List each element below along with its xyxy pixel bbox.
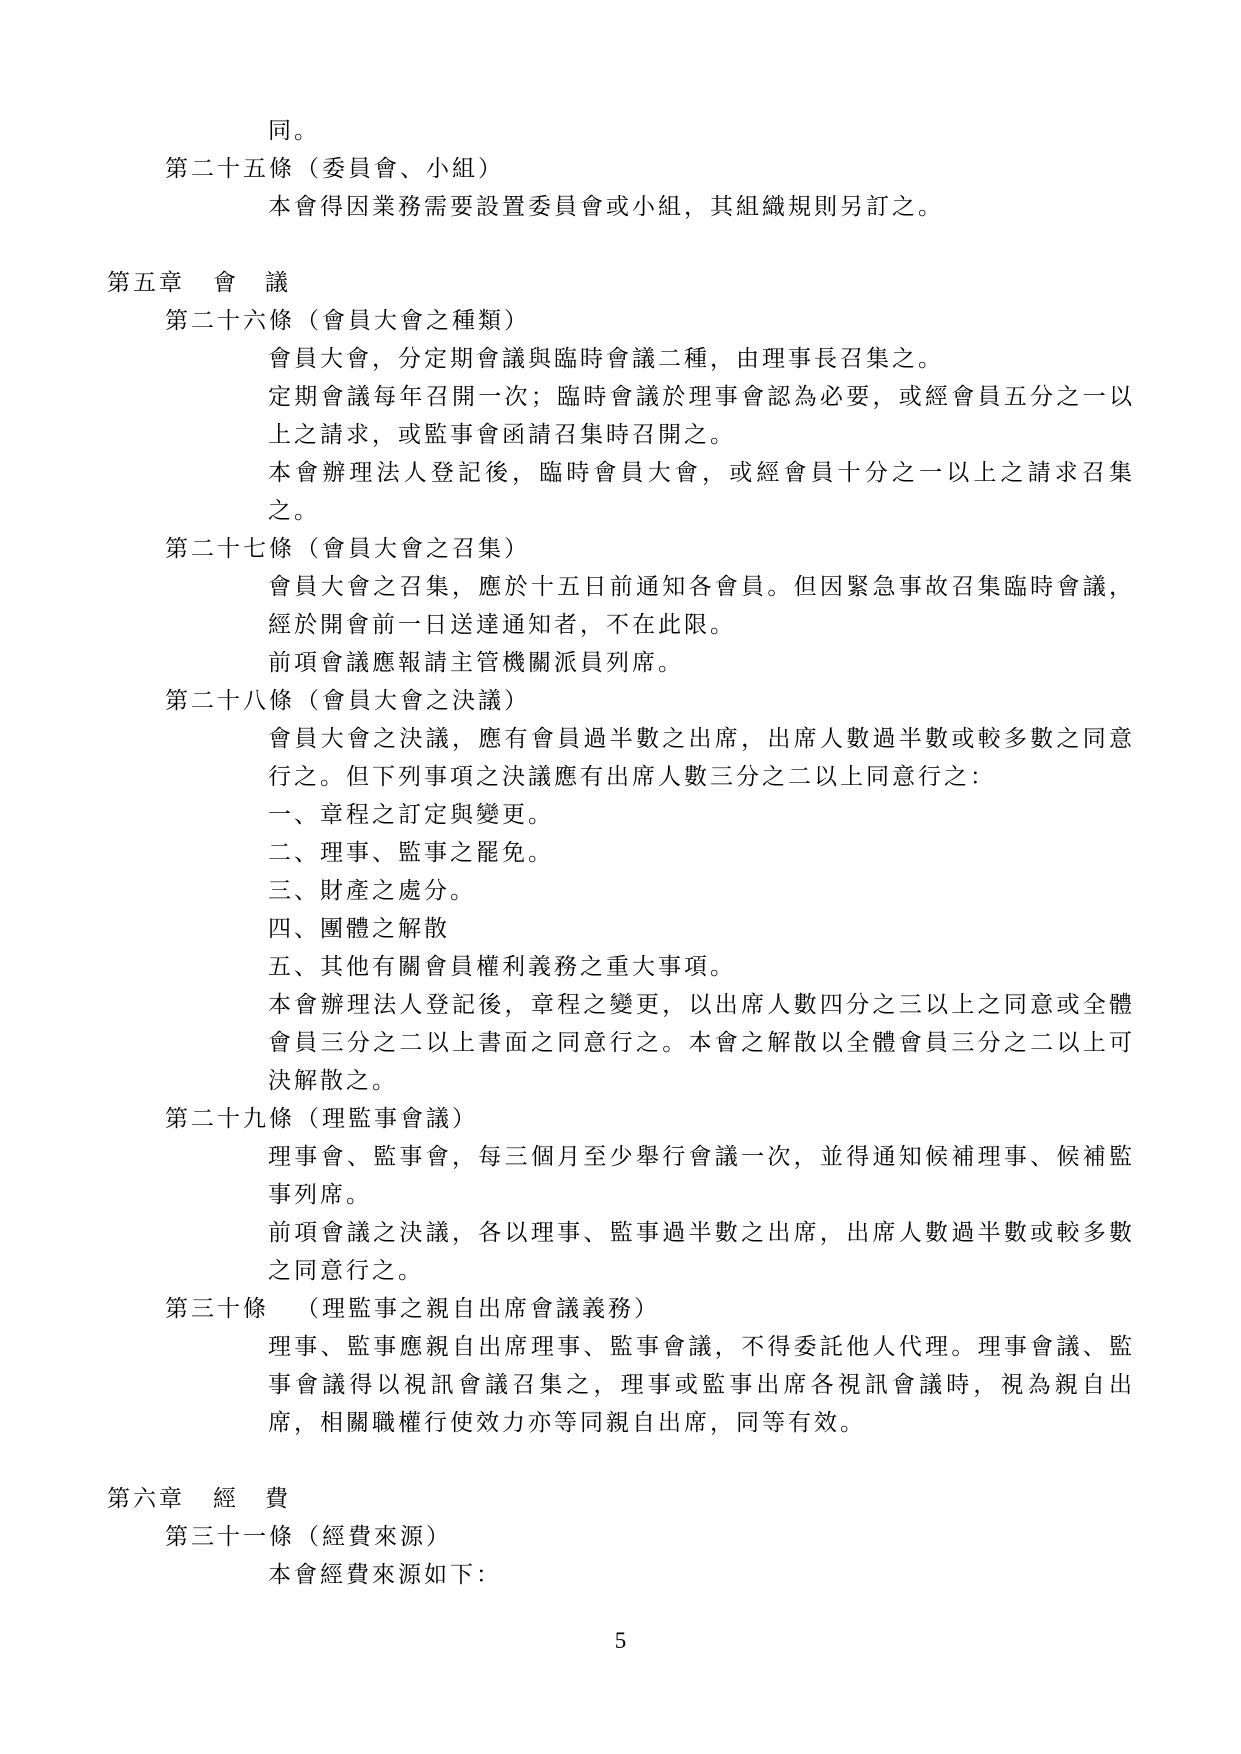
paragraph: 本會經費來源如下： [268, 1556, 1135, 1594]
article-number: 第三十一條 [165, 1518, 296, 1556]
article-title: （經費來源） [296, 1518, 452, 1556]
article-number: 第二十五條 [165, 150, 296, 188]
article-title: （會員大會之種類） [296, 302, 530, 340]
chapter-title: 經 費 [213, 1480, 291, 1518]
article-number: 第二十六條 [165, 302, 296, 340]
article-header: 第二十七條（會員大會之召集） [165, 530, 1135, 568]
article-header: 第三十條（理監事之親自出席會議義務） [165, 1290, 1135, 1328]
paragraph: 會員大會之決議，應有會員過半數之出席，出席人數過半數或較多數之同意行之。但下列事… [268, 720, 1135, 796]
paragraph: 理事會、監事會，每三個月至少舉行會議一次，並得通知候補理事、候補監事列席。 [268, 1138, 1135, 1214]
article-header: 第二十九條（理監事會議） [165, 1100, 1135, 1138]
article-number: 第三十條 [165, 1290, 296, 1328]
article-number: 第二十七條 [165, 530, 296, 568]
article-title: （會員大會之決議） [296, 682, 530, 720]
paragraph: 會員大會，分定期會議與臨時會議二種，由理事長召集之。 [268, 340, 1135, 378]
list-item: 四、團體之解散 [268, 910, 1135, 948]
article-header: 第二十八條（會員大會之決議） [165, 682, 1135, 720]
page-number: 5 [0, 1622, 1241, 1660]
article-title: （理監事之親自出席會議義務） [296, 1290, 660, 1328]
article-header: 第三十一條（經費來源） [165, 1518, 1135, 1556]
chapter-heading: 第六章經 費 [107, 1480, 1135, 1518]
list-item: 二、理事、監事之罷免。 [268, 834, 1135, 872]
paragraph: 本會辦理法人登記後，章程之變更，以出席人數四分之三以上之同意或全體會員三分之二以… [268, 986, 1135, 1100]
paragraph: 定期會議每年召開一次；臨時會議於理事會認為必要，或經會員五分之一以上之請求，或監… [268, 378, 1135, 454]
paragraph: 本會得因業務需要設置委員會或小組，其組織規則另訂之。 [268, 188, 1135, 226]
list-item: 五、其他有關會員權利義務之重大事項。 [268, 948, 1135, 986]
article-title: （會員大會之召集） [296, 530, 530, 568]
article-header: 第二十五條（委員會、小組） [165, 150, 1135, 188]
article-number: 第二十八條 [165, 682, 296, 720]
chapter-number: 第六章 [107, 1480, 185, 1518]
chapter-heading: 第五章會 議 [107, 264, 1135, 302]
article-header: 第二十六條（會員大會之種類） [165, 302, 1135, 340]
continuation-line: 同。 [268, 112, 1135, 150]
paragraph: 前項會議應報請主管機關派員列席。 [268, 644, 1135, 682]
document-page: 同。 第二十五條（委員會、小組）本會得因業務需要設置委員會或小組，其組織規則另訂… [0, 0, 1241, 1754]
paragraph: 理事、監事應親自出席理事、監事會議，不得委託他人代理。理事會議、監事會議得以視訊… [268, 1328, 1135, 1442]
document-flow: 同。 第二十五條（委員會、小組）本會得因業務需要設置委員會或小組，其組織規則另訂… [0, 112, 1135, 1594]
chapter-number: 第五章 [107, 264, 185, 302]
paragraph: 本會辦理法人登記後，臨時會員大會，或經會員十分之一以上之請求召集之。 [268, 454, 1135, 530]
article-number: 第二十九條 [165, 1100, 296, 1138]
chapter-title: 會 議 [213, 264, 291, 302]
list-item: 一、章程之訂定與變更。 [268, 796, 1135, 834]
paragraph: 前項會議之決議，各以理事、監事過半數之出席，出席人數過半數或較多數之同意行之。 [268, 1214, 1135, 1290]
list-item: 三、財產之處分。 [268, 872, 1135, 910]
article-title: （理監事會議） [296, 1100, 478, 1138]
paragraph: 會員大會之召集，應於十五日前通知各會員。但因緊急事故召集臨時會議，經於開會前一日… [268, 568, 1135, 644]
article-title: （委員會、小組） [296, 150, 504, 188]
